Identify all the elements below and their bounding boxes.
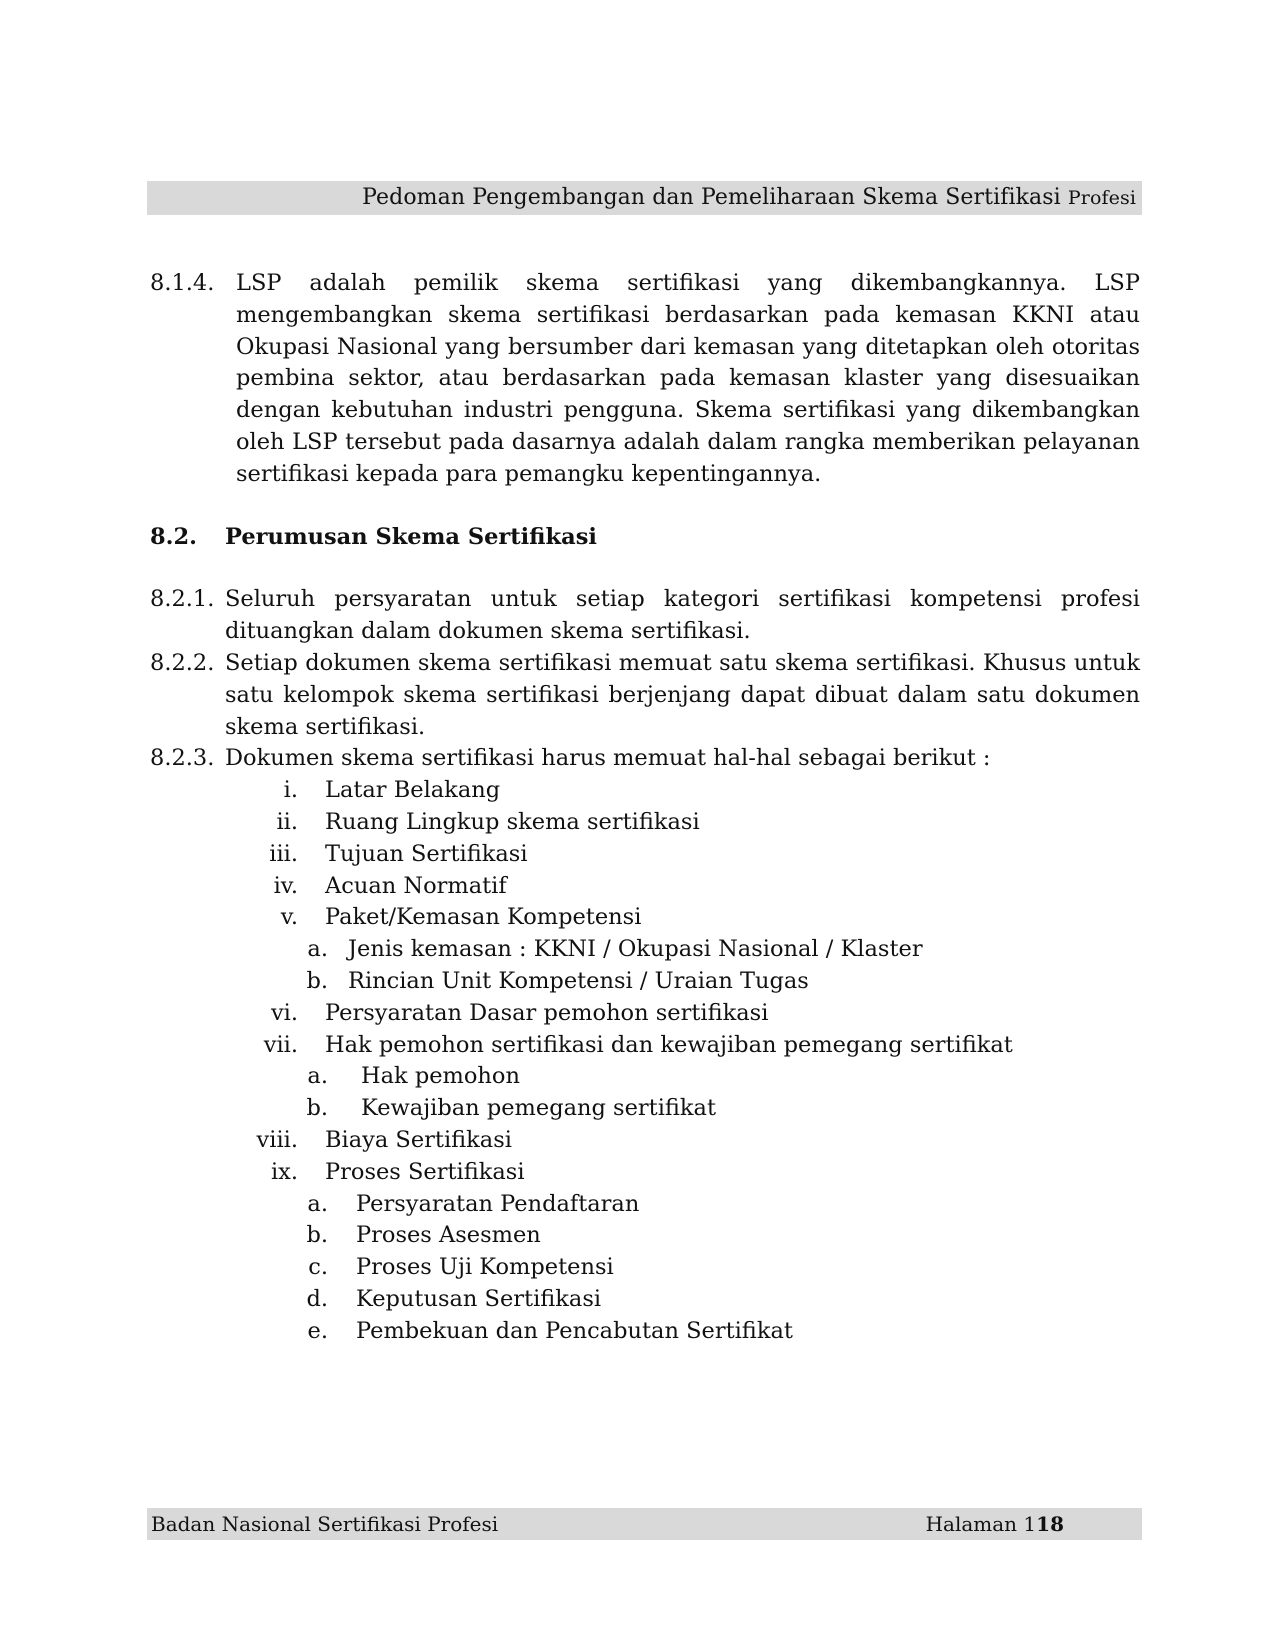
- sub-list-item: a.Hak pemohon: [150, 1061, 1140, 1093]
- heading-number: 8.2.: [150, 522, 225, 554]
- sub-list-item: d.Keputusan Sertifikasi: [150, 1284, 1140, 1316]
- list-item: iii.Tujuan Sertifikasi: [150, 839, 1140, 871]
- sub-list-item: b.Rincian Unit Kompetensi / Uraian Tugas: [150, 966, 1140, 998]
- section-8-2-1: 8.2.1. Seluruh persyaratan untuk setiap …: [150, 584, 1140, 648]
- sub-list-item: a.Persyaratan Pendaftaran: [150, 1189, 1140, 1221]
- list-item-text: Hak pemohon sertifikasi dan kewajiban pe…: [298, 1030, 1013, 1062]
- list-item-text: Ruang Lingkup skema sertifikasi: [298, 807, 700, 839]
- section-8-1-4: 8.1.4. LSP adalah pemilik skema sertifik…: [150, 268, 1140, 491]
- sub-list-item-text: Proses Uji Kompetensi: [328, 1252, 614, 1284]
- sub-list-item-text: Hak pemohon: [328, 1061, 520, 1093]
- section-text: LSP adalah pemilik skema sertifikasi yan…: [236, 268, 1140, 491]
- heading-title: Perumusan Skema Sertifikasi: [225, 522, 597, 554]
- footer-organization: Badan Nasional Sertifikasi Profesi: [151, 1512, 498, 1536]
- sub-list-item-letter: b.: [150, 1093, 328, 1125]
- sub-list-item: a.Jenis kemasan : KKNI / Okupasi Nasiona…: [150, 934, 1140, 966]
- sub-list-item-text: Kewajiban pemegang sertifikat: [328, 1093, 716, 1125]
- section-8-2-3: 8.2.3. Dokumen skema sertifikasi harus m…: [150, 743, 1140, 775]
- footer-page-number: Halaman 118: [926, 1512, 1064, 1536]
- list-item: v.Paket/Kemasan Kompetensi: [150, 902, 1140, 934]
- page-bold: 18: [1036, 1512, 1064, 1536]
- sub-list-item-text: Persyaratan Pendaftaran: [328, 1189, 639, 1221]
- list-item: ii.Ruang Lingkup skema sertifikasi: [150, 807, 1140, 839]
- sub-list-item-letter: c.: [150, 1252, 328, 1284]
- page-prefix: 1: [1023, 1512, 1036, 1536]
- sub-list-item-text: Rincian Unit Kompetensi / Uraian Tugas: [328, 966, 809, 998]
- list-item-number: viii.: [150, 1125, 298, 1157]
- header-title: Pedoman Pengembangan dan Pemeliharaan Sk…: [362, 185, 1136, 210]
- list-item-number: iv.: [150, 871, 298, 903]
- page-header: Pedoman Pengembangan dan Pemeliharaan Sk…: [147, 181, 1142, 215]
- sub-list-item-text: Pembekuan dan Pencabutan Sertifikat: [328, 1316, 793, 1348]
- page-label: Halaman: [926, 1512, 1017, 1536]
- list-item-number: i.: [150, 775, 298, 807]
- list-item-number: v.: [150, 902, 298, 934]
- sub-list-item-letter: e.: [150, 1316, 328, 1348]
- section-heading-8-2: 8.2. Perumusan Skema Sertifikasi: [150, 522, 1140, 554]
- list-item-text: Tujuan Sertifikasi: [298, 839, 528, 871]
- section-number: 8.2.1.: [150, 584, 225, 648]
- section-number: 8.1.4.: [150, 268, 236, 491]
- sub-list-item-letter: a.: [150, 1189, 328, 1221]
- list-item-text: Paket/Kemasan Kompetensi: [298, 902, 641, 934]
- list-item-number: vii.: [150, 1030, 298, 1062]
- list-item-number: ix.: [150, 1157, 298, 1189]
- list-item-text: Biaya Sertifikasi: [298, 1125, 512, 1157]
- page-footer: Badan Nasional Sertifikasi Profesi Halam…: [147, 1508, 1142, 1540]
- sub-list-item: e.Pembekuan dan Pencabutan Sertifikat: [150, 1316, 1140, 1348]
- list-item-number: ii.: [150, 807, 298, 839]
- list-item-text: Proses Sertifikasi: [298, 1157, 525, 1189]
- section-8-2-2: 8.2.2. Setiap dokumen skema sertifikasi …: [150, 648, 1140, 743]
- section-text: Seluruh persyaratan untuk setiap kategor…: [225, 584, 1140, 648]
- sub-list-item-letter: b.: [150, 1220, 328, 1252]
- list-item-number: iii.: [150, 839, 298, 871]
- sub-list-item: b.Proses Asesmen: [150, 1220, 1140, 1252]
- list-item: viii.Biaya Sertifikasi: [150, 1125, 1140, 1157]
- header-title-main: Pedoman Pengembangan dan Pemeliharaan Sk…: [362, 185, 1061, 210]
- sub-list-item-letter: a.: [150, 934, 328, 966]
- section-text: Setiap dokumen skema sertifikasi memuat …: [225, 648, 1140, 743]
- section-number: 8.2.2.: [150, 648, 225, 743]
- list-item-text: Latar Belakang: [298, 775, 500, 807]
- sub-list-item-text: Keputusan Sertifikasi: [328, 1284, 601, 1316]
- list-item: vii.Hak pemohon sertifikasi dan kewajiba…: [150, 1030, 1140, 1062]
- list-item: iv.Acuan Normatif: [150, 871, 1140, 903]
- list-item-number: vi.: [150, 998, 298, 1030]
- sub-list-item-letter: a.: [150, 1061, 328, 1093]
- sub-list-item-letter: d.: [150, 1284, 328, 1316]
- section-number: 8.2.3.: [150, 743, 225, 775]
- sub-list-item: b.Kewajiban pemegang sertifikat: [150, 1093, 1140, 1125]
- sub-list-item-letter: b.: [150, 966, 328, 998]
- page-content: 8.1.4. LSP adalah pemilik skema sertifik…: [150, 268, 1140, 1348]
- list-item-text: Acuan Normatif: [298, 871, 507, 903]
- section-text: Dokumen skema sertifikasi harus memuat h…: [225, 743, 991, 775]
- list-item: ix.Proses Sertifikasi: [150, 1157, 1140, 1189]
- list-item: vi.Persyaratan Dasar pemohon sertifikasi: [150, 998, 1140, 1030]
- header-title-small: Profesi: [1068, 187, 1136, 209]
- sub-list-item-text: Proses Asesmen: [328, 1220, 541, 1252]
- sub-list-item: c.Proses Uji Kompetensi: [150, 1252, 1140, 1284]
- sub-list-item-text: Jenis kemasan : KKNI / Okupasi Nasional …: [328, 934, 923, 966]
- list-item: i.Latar Belakang: [150, 775, 1140, 807]
- requirements-list: i.Latar Belakangii.Ruang Lingkup skema s…: [150, 775, 1140, 1347]
- list-item-text: Persyaratan Dasar pemohon sertifikasi: [298, 998, 768, 1030]
